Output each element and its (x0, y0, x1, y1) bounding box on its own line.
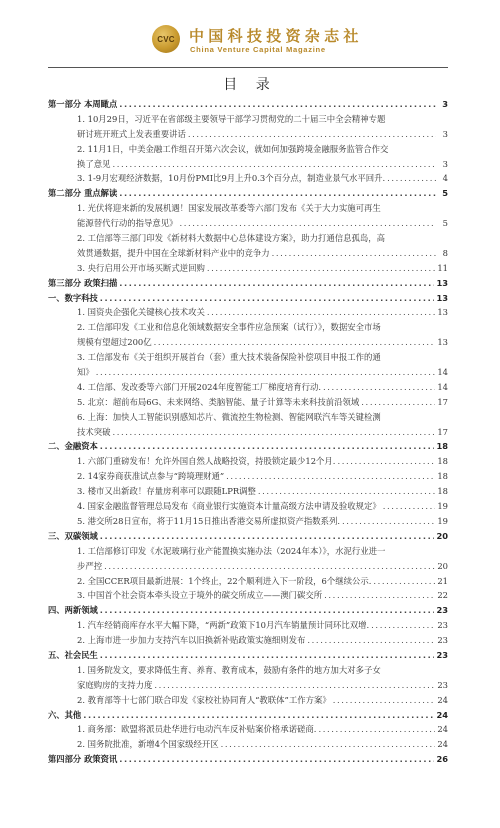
dot-leader (188, 127, 436, 142)
toc-item[interactable]: 1. 汽车经销商库存水平大幅下降，“两新”政策下10月汽车销量预计同环比双增.2… (48, 618, 448, 633)
toc-leader-line: 1. 汽车经销商库存水平大幅下降，“两新”政策下10月汽车销量预计同环比双增.2… (48, 618, 448, 633)
toc-item[interactable]: 家庭购房的支持力度23 (48, 678, 448, 693)
table-of-contents: 第一部分 本周瞰点31. 10月29日，习近平在省部级主要领导干部学习贯彻党的二… (48, 97, 448, 767)
page-number: 19 (437, 499, 448, 514)
dot-leader (371, 618, 435, 633)
toc-item[interactable]: 3. 楼市又出新政！存量房利率可以跟随LPR调整18 (48, 484, 448, 499)
toc-entry-title: 1. 国资央企强化关键核心技术攻关 (77, 305, 205, 320)
dot-leader (100, 603, 435, 618)
toc-entry-title: 第四部分 政策资讯 (48, 752, 117, 767)
dot-leader (119, 186, 436, 201)
toc-leader-line: 能源替代行动的指导意见》5 (48, 216, 448, 231)
toc-item[interactable]: 研讨班开班式上发表重要讲话3 (48, 127, 448, 142)
toc-entry-title: 5. 港交所28日宣布，将于11月15日推出香港交易所虚拟资产指数系列. (77, 514, 340, 529)
page-number: 20 (437, 559, 448, 574)
toc-section-heading[interactable]: 六、其他24 (48, 708, 448, 723)
toc-leader-line: 技术突破17 (48, 425, 448, 440)
toc-leader-line: 4. 国家金融监督管理总局发布《商业银行实施资本计量高级方法申请及验收规定》19 (48, 499, 448, 514)
toc-leader-line: 知》14 (48, 365, 448, 380)
toc-entry-title: 四、两新领域 (48, 603, 98, 618)
page-number: 8 (438, 246, 448, 261)
page-number: 21 (437, 574, 448, 589)
toc-entry-title: 1. 六部门重磅发布！允许外国自然人战略投资，持股锁定最少12个月. (77, 454, 335, 469)
page-number: 24 (437, 722, 448, 737)
dot-leader (113, 425, 436, 440)
toc-leader-line: 5. 港交所28日宣布，将于11月15日推出香港交易所虚拟资产指数系列.19 (48, 514, 448, 529)
toc-entry-title: 技术突破 (77, 425, 111, 440)
toc-entry-title: 2. 工信部等三部门印发《新材料大数据中心总体建设方案》，助力打通信息孤岛，高 (48, 231, 448, 246)
toc-leader-line: 二、金融资本18 (48, 439, 448, 454)
toc-entry-title: 知》 (77, 365, 94, 380)
toc-leader-line: 四、两新领域23 (48, 603, 448, 618)
toc-item[interactable]: 技术突破17 (48, 425, 448, 440)
dot-leader (154, 335, 436, 350)
toc-entry-title: 三、双碳领域 (48, 529, 98, 544)
toc-entry-title: 第三部分 政策扫描 (48, 276, 117, 291)
toc-entry-title: 2. 上海市进一步加力支持汽车以旧换新补贴政策实施细则发布 (77, 633, 305, 648)
toc-entry-title: 2. 全国CCER项目最新进展：1个终止，22个顺利进入下一阶段，6个继续公示. (77, 574, 371, 589)
toc-item[interactable]: 规模有望超过200亿13 (48, 335, 448, 350)
toc-item-line[interactable]: 1. 国务院发文，要求降低生育、养育、教育成本，鼓励有条件的地方加大对多子女 (48, 663, 448, 678)
toc-entry-title: 研讨班开班式上发表重要讲话 (77, 127, 186, 142)
toc-entry-title: 3. 1-9月宏观经济数据，10月份PMI比9月上升0.3个百分点，制造业景气水… (77, 171, 385, 186)
dot-leader (307, 633, 435, 648)
toc-leader-line: 第四部分 政策资讯26 (48, 752, 448, 767)
dot-leader (383, 499, 436, 514)
dot-leader (207, 305, 435, 320)
page-number: 17 (437, 395, 448, 410)
toc-part-heading[interactable]: 第一部分 本周瞰点3 (48, 97, 448, 112)
dot-leader (324, 588, 435, 603)
page-number: 3 (438, 97, 448, 112)
page-number: 13 (436, 276, 448, 291)
toc-leader-line: 三、双碳领域20 (48, 529, 448, 544)
toc-leader-line: 3. 1-9月宏观经济数据，10月份PMI比9月上升0.3个百分点，制造业景气水… (48, 171, 448, 186)
toc-item[interactable]: 效贯通数据，提升中国在全球新材料产业中的竞争力8 (48, 246, 448, 261)
toc-item[interactable]: 3. 中国首个社会资本牵头设立于境外的碳交所成立——澳门碳交所22 (48, 588, 448, 603)
toc-entry-title: 2. 11月1日，中美金融工作组召开第六次会议，就如何加强跨境金融服务监管合作交 (48, 142, 448, 157)
page-number: 13 (436, 291, 448, 306)
toc-section-heading[interactable]: 二、金融资本18 (48, 439, 448, 454)
toc-leader-line: 步严控20 (48, 559, 448, 574)
toc-entry-title: 1. 汽车经销商库存水平大幅下降，“两新”政策下10月汽车销量预计同环比双增. (77, 618, 369, 633)
toc-entry-title: 一、数字科技 (48, 291, 98, 306)
dot-leader (100, 529, 435, 544)
toc-leader-line: 2. 教育部等十七部门联合印发《家校社协同育人“教联体”工作方案》24 (48, 693, 448, 708)
dot-leader (154, 678, 435, 693)
toc-entry-title: 4. 工信部、发改委等六部门开展2024年度智能工厂梯度培育行动. (77, 380, 321, 395)
page-number: 14 (437, 380, 448, 395)
toc-entry-title: 二、金融资本 (48, 439, 98, 454)
dot-leader (272, 246, 436, 261)
toc-entry-title: 1. 商务部：欧盟将派员赴华进行电动汽车反补贴案价格承诺磋商. (77, 722, 316, 737)
brand-name-cn: 中国科技投资杂志社 (189, 25, 363, 46)
toc-part-heading[interactable]: 第四部分 政策资讯26 (48, 752, 448, 767)
toc-leader-line: 六、其他24 (48, 708, 448, 723)
toc-section-heading[interactable]: 一、数字科技13 (48, 291, 448, 306)
toc-item[interactable]: 1. 六部门重磅发布！允许外国自然人战略投资，持股锁定最少12个月.18 (48, 454, 448, 469)
page-number: 22 (437, 588, 448, 603)
page-number: 3 (438, 127, 448, 142)
toc-item[interactable]: 3. 央行启用公开市场买断式逆回购11 (48, 261, 448, 276)
toc-entry-title: 3. 楼市又出新政！存量房利率可以跟随LPR调整 (77, 484, 256, 499)
page-number: 18 (437, 469, 448, 484)
page-number: 26 (436, 752, 448, 767)
toc-entry-title: 1. 光伏将迎来新的发展机遇！国家发展改革委等六部门发布《关于大力实施可再生 (48, 201, 448, 216)
toc-entry-title: 3. 中国首个社会资本牵头设立于境外的碳交所成立——澳门碳交所 (77, 588, 322, 603)
dot-leader (221, 737, 436, 752)
dot-leader (100, 648, 435, 663)
page-number: 5 (438, 216, 448, 231)
page-number: 23 (437, 633, 448, 648)
page-number: 24 (437, 737, 448, 752)
toc-leader-line: 4. 工信部、发改委等六部门开展2024年度智能工厂梯度培育行动.14 (48, 380, 448, 395)
toc-leader-line: 第一部分 本周瞰点3 (48, 97, 448, 112)
toc-entry-title: 第二部分 重点解读 (48, 186, 117, 201)
dot-leader (207, 261, 435, 276)
brand-name-en: China Venture Capital Magazine (190, 45, 326, 54)
toc-entry-title: 3. 工信部发布《关于组织开展首台（套）重大技术装备保险补偿项目申报工作的通 (48, 350, 448, 365)
dot-leader (96, 365, 436, 380)
toc-leader-line: 第三部分 政策扫描13 (48, 276, 448, 291)
page-number: 3 (438, 157, 448, 172)
toc-entry-title: 家庭购房的支持力度 (77, 678, 152, 693)
page-number: 17 (437, 425, 448, 440)
toc-item[interactable]: 2. 14家券商获准试点参与“跨境理财通”18 (48, 469, 448, 484)
toc-entry-title: 换了意见 (77, 157, 111, 172)
page-number: 19 (437, 514, 448, 529)
toc-item-line[interactable]: 2. 11月1日，中美金融工作组召开第六次会议，就如何加强跨境金融服务监管合作交 (48, 142, 448, 157)
toc-item[interactable]: 3. 1-9月宏观经济数据，10月份PMI比9月上升0.3个百分点，制造业景气水… (48, 171, 448, 186)
toc-section-heading[interactable]: 四、两新领域23 (48, 603, 448, 618)
page-number: 23 (437, 678, 448, 693)
toc-entry-title: 效贯通数据，提升中国在全球新材料产业中的竞争力 (77, 246, 270, 261)
dot-leader (361, 395, 435, 410)
toc-section-heading[interactable]: 三、双碳领域20 (48, 529, 448, 544)
dot-leader (387, 171, 436, 186)
toc-entry-title: 规模有望超过200亿 (77, 335, 152, 350)
page-number: 23 (437, 618, 448, 633)
dot-leader (226, 469, 435, 484)
page-number: 11 (437, 261, 448, 276)
dot-leader (258, 484, 435, 499)
toc-item[interactable]: 2. 上海市进一步加力支持汽车以旧换新补贴政策实施细则发布23 (48, 633, 448, 648)
toc-leader-line: 2. 全国CCER项目最新进展：1个终止，22个顺利进入下一阶段，6个继续公示.… (48, 574, 448, 589)
dot-leader (100, 439, 435, 454)
toc-entry-title: 1. 10月29日，习近平在省部级主要领导干部学习贯彻党的二十届三中全会精神专题 (48, 112, 448, 127)
dot-leader (323, 380, 435, 395)
page-number: 23 (436, 603, 448, 618)
toc-leader-line: 3. 楼市又出新政！存量房利率可以跟随LPR调整18 (48, 484, 448, 499)
dot-leader (83, 708, 434, 723)
toc-entry-title: 1. 国务院发文，要求降低生育、养育、教育成本，鼓励有条件的地方加大对多子女 (48, 663, 448, 678)
toc-part-heading[interactable]: 第二部分 重点解读5 (48, 186, 448, 201)
toc-leader-line: 家庭购房的支持力度23 (48, 678, 448, 693)
page-number: 13 (437, 305, 448, 320)
toc-item-line[interactable]: 6. 上海：加快人工智能识别感知芯片、微流控生物检测、智能网联汽车等关键检测 (48, 410, 448, 425)
toc-item[interactable]: 4. 工信部、发改委等六部门开展2024年度智能工厂梯度培育行动.14 (48, 380, 448, 395)
masthead: CVC 中国科技投资杂志社 China Venture Capital Maga… (0, 22, 500, 62)
dot-leader (119, 276, 434, 291)
toc-leader-line: 第二部分 重点解读5 (48, 186, 448, 201)
toc-entry-title: 2. 教育部等十七部门联合印发《家校社协同育人“教联体”工作方案》 (77, 693, 331, 708)
toc-entry-title: 2. 14家券商获准试点参与“跨境理财通” (77, 469, 224, 484)
dot-leader (100, 291, 435, 306)
dot-leader (342, 514, 435, 529)
toc-item[interactable]: 4. 国家金融监督管理总局发布《商业银行实施资本计量高级方法申请及验收规定》19 (48, 499, 448, 514)
toc-leader-line: 五、社会民生23 (48, 648, 448, 663)
dot-leader (113, 157, 437, 172)
cvc-logo-icon: CVC (152, 25, 180, 53)
header-divider (48, 67, 448, 68)
toc-item-line[interactable]: 3. 工信部发布《关于组织开展首台（套）重大技术装备保险补偿项目申报工作的通 (48, 350, 448, 365)
logo-text: CVC (157, 35, 175, 44)
toc-item[interactable]: 知》14 (48, 365, 448, 380)
toc-leader-line: 1. 六部门重磅发布！允许外国自然人战略投资，持股锁定最少12个月.18 (48, 454, 448, 469)
toc-item-line[interactable]: 1. 10月29日，习近平在省部级主要领导干部学习贯彻党的二十届三中全会精神专题 (48, 112, 448, 127)
toc-part-heading[interactable]: 第三部分 政策扫描13 (48, 276, 448, 291)
toc-item[interactable]: 5. 北京：超前布局6G、未来网络、类脑智能、量子计算等未来科技前沿领域17 (48, 395, 448, 410)
toc-item[interactable]: 1. 商务部：欧盟将派员赴华进行电动汽车反补贴案价格承诺磋商.24 (48, 722, 448, 737)
toc-entry-title: 2. 国务院批准，新增4个国家级经开区 (77, 737, 219, 752)
toc-entry-title: 2. 工信部印发《工业和信息化领域数据安全事件应急预案（试行）》，数据安全市场 (48, 320, 448, 335)
toc-leader-line: 一、数字科技13 (48, 291, 448, 306)
page-number: 18 (437, 484, 448, 499)
toc-item[interactable]: 1. 国资央企强化关键核心技术攻关13 (48, 305, 448, 320)
toc-leader-line: 3. 中国首个社会资本牵头设立于境外的碳交所成立——澳门碳交所22 (48, 588, 448, 603)
page-number: 4 (438, 171, 448, 186)
toc-leader-line: 2. 14家券商获准试点参与“跨境理财通”18 (48, 469, 448, 484)
page-number: 23 (436, 648, 448, 663)
toc-leader-line: 5. 北京：超前布局6G、未来网络、类脑智能、量子计算等未来科技前沿领域17 (48, 395, 448, 410)
dot-leader (119, 752, 434, 767)
toc-entry-title: 5. 北京：超前布局6G、未来网络、类脑智能、量子计算等未来科技前沿领域 (77, 395, 359, 410)
page-number: 24 (436, 708, 448, 723)
toc-entry-title: 6. 上海：加快人工智能识别感知芯片、微流控生物检测、智能网联汽车等关键检测 (48, 410, 448, 425)
dot-leader (373, 574, 435, 589)
page-number: 14 (437, 365, 448, 380)
toc-leader-line: 3. 央行启用公开市场买断式逆回购11 (48, 261, 448, 276)
toc-leader-line: 1. 国资央企强化关键核心技术攻关13 (48, 305, 448, 320)
toc-item[interactable]: 步严控20 (48, 559, 448, 574)
dot-leader (180, 216, 437, 231)
toc-item[interactable]: 2. 教育部等十七部门联合印发《家校社协同育人“教联体”工作方案》24 (48, 693, 448, 708)
dot-leader (318, 722, 435, 737)
page-number: 13 (437, 335, 448, 350)
toc-leader-line: 规模有望超过200亿13 (48, 335, 448, 350)
toc-item-line[interactable]: 1. 光伏将迎来新的发展机遇！国家发展改革委等六部门发布《关于大力实施可再生 (48, 201, 448, 216)
toc-entry-title: 六、其他 (48, 708, 81, 723)
toc-item-line[interactable]: 2. 工信部印发《工业和信息化领域数据安全事件应急预案（试行）》，数据安全市场 (48, 320, 448, 335)
toc-leader-line: 研讨班开班式上发表重要讲话3 (48, 127, 448, 142)
toc-leader-line: 2. 国务院批准，新增4个国家级经开区24 (48, 737, 448, 752)
toc-item[interactable]: 5. 港交所28日宣布，将于11月15日推出香港交易所虚拟资产指数系列.19 (48, 514, 448, 529)
toc-item[interactable]: 2. 全国CCER项目最新进展：1个终止，22个顺利进入下一阶段，6个继续公示.… (48, 574, 448, 589)
dot-leader (337, 454, 435, 469)
dot-leader (119, 97, 436, 112)
toc-leader-line: 效贯通数据，提升中国在全球新材料产业中的竞争力8 (48, 246, 448, 261)
toc-item[interactable]: 2. 国务院批准，新增4个国家级经开区24 (48, 737, 448, 752)
toc-item[interactable]: 换了意见3 (48, 157, 448, 172)
toc-entry-title: 4. 国家金融监督管理总局发布《商业银行实施资本计量高级方法申请及验收规定》 (77, 499, 381, 514)
toc-entry-title: 能源替代行动的指导意见》 (77, 216, 178, 231)
page-number: 20 (436, 529, 448, 544)
dot-leader (104, 559, 435, 574)
page-number: 24 (437, 693, 448, 708)
toc-title: 目 录 (0, 74, 500, 94)
toc-entry-title: 3. 央行启用公开市场买断式逆回购 (77, 261, 205, 276)
toc-item-line[interactable]: 1. 工信部修订印发《水泥玻璃行业产能置换实施办法（2024年本）》，水泥行业进… (48, 544, 448, 559)
dot-leader (333, 693, 436, 708)
toc-entry-title: 五、社会民生 (48, 648, 98, 663)
toc-entry-title: 步严控 (77, 559, 102, 574)
toc-section-heading[interactable]: 五、社会民生23 (48, 648, 448, 663)
toc-leader-line: 1. 商务部：欧盟将派员赴华进行电动汽车反补贴案价格承诺磋商.24 (48, 722, 448, 737)
page-number: 5 (438, 186, 448, 201)
toc-item-line[interactable]: 2. 工信部等三部门印发《新材料大数据中心总体建设方案》，助力打通信息孤岛，高 (48, 231, 448, 246)
toc-leader-line: 2. 上海市进一步加力支持汽车以旧换新补贴政策实施细则发布23 (48, 633, 448, 648)
toc-item[interactable]: 能源替代行动的指导意见》5 (48, 216, 448, 231)
toc-entry-title: 第一部分 本周瞰点 (48, 97, 117, 112)
toc-entry-title: 1. 工信部修订印发《水泥玻璃行业产能置换实施办法（2024年本）》，水泥行业进… (48, 544, 448, 559)
page-number: 18 (436, 439, 448, 454)
toc-leader-line: 换了意见3 (48, 157, 448, 172)
page-number: 18 (437, 454, 448, 469)
